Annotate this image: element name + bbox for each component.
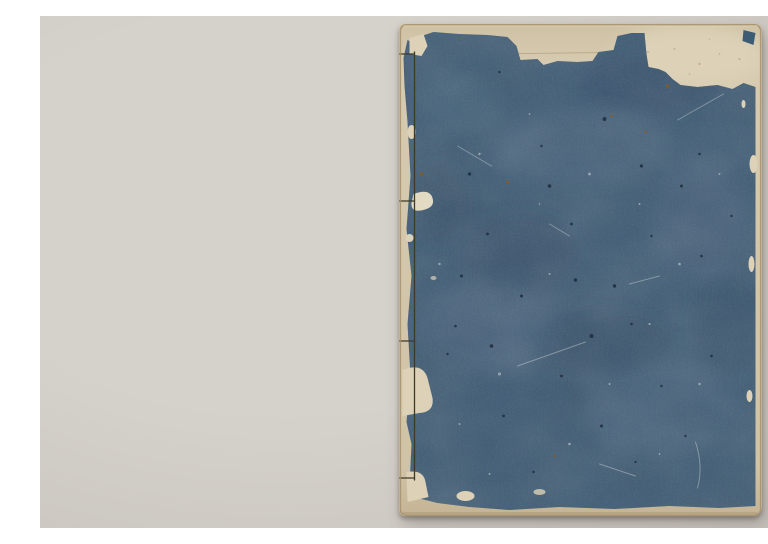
worn-patch: [750, 155, 758, 173]
worn-patch: [742, 100, 746, 108]
book-svg: [399, 24, 762, 516]
worn-patch: [406, 234, 414, 242]
worn-patch: [457, 491, 475, 501]
worn-patch: [749, 256, 755, 272]
worn-patch: [534, 489, 546, 495]
paper-grain-texture: [400, 24, 762, 516]
book: [399, 24, 762, 516]
photograph-background: Antique Japanese stab-bound book with a …: [40, 16, 768, 528]
worn-patch: [747, 390, 753, 402]
worn-patch: [431, 276, 437, 280]
cover-blue-layer: [399, 24, 762, 516]
